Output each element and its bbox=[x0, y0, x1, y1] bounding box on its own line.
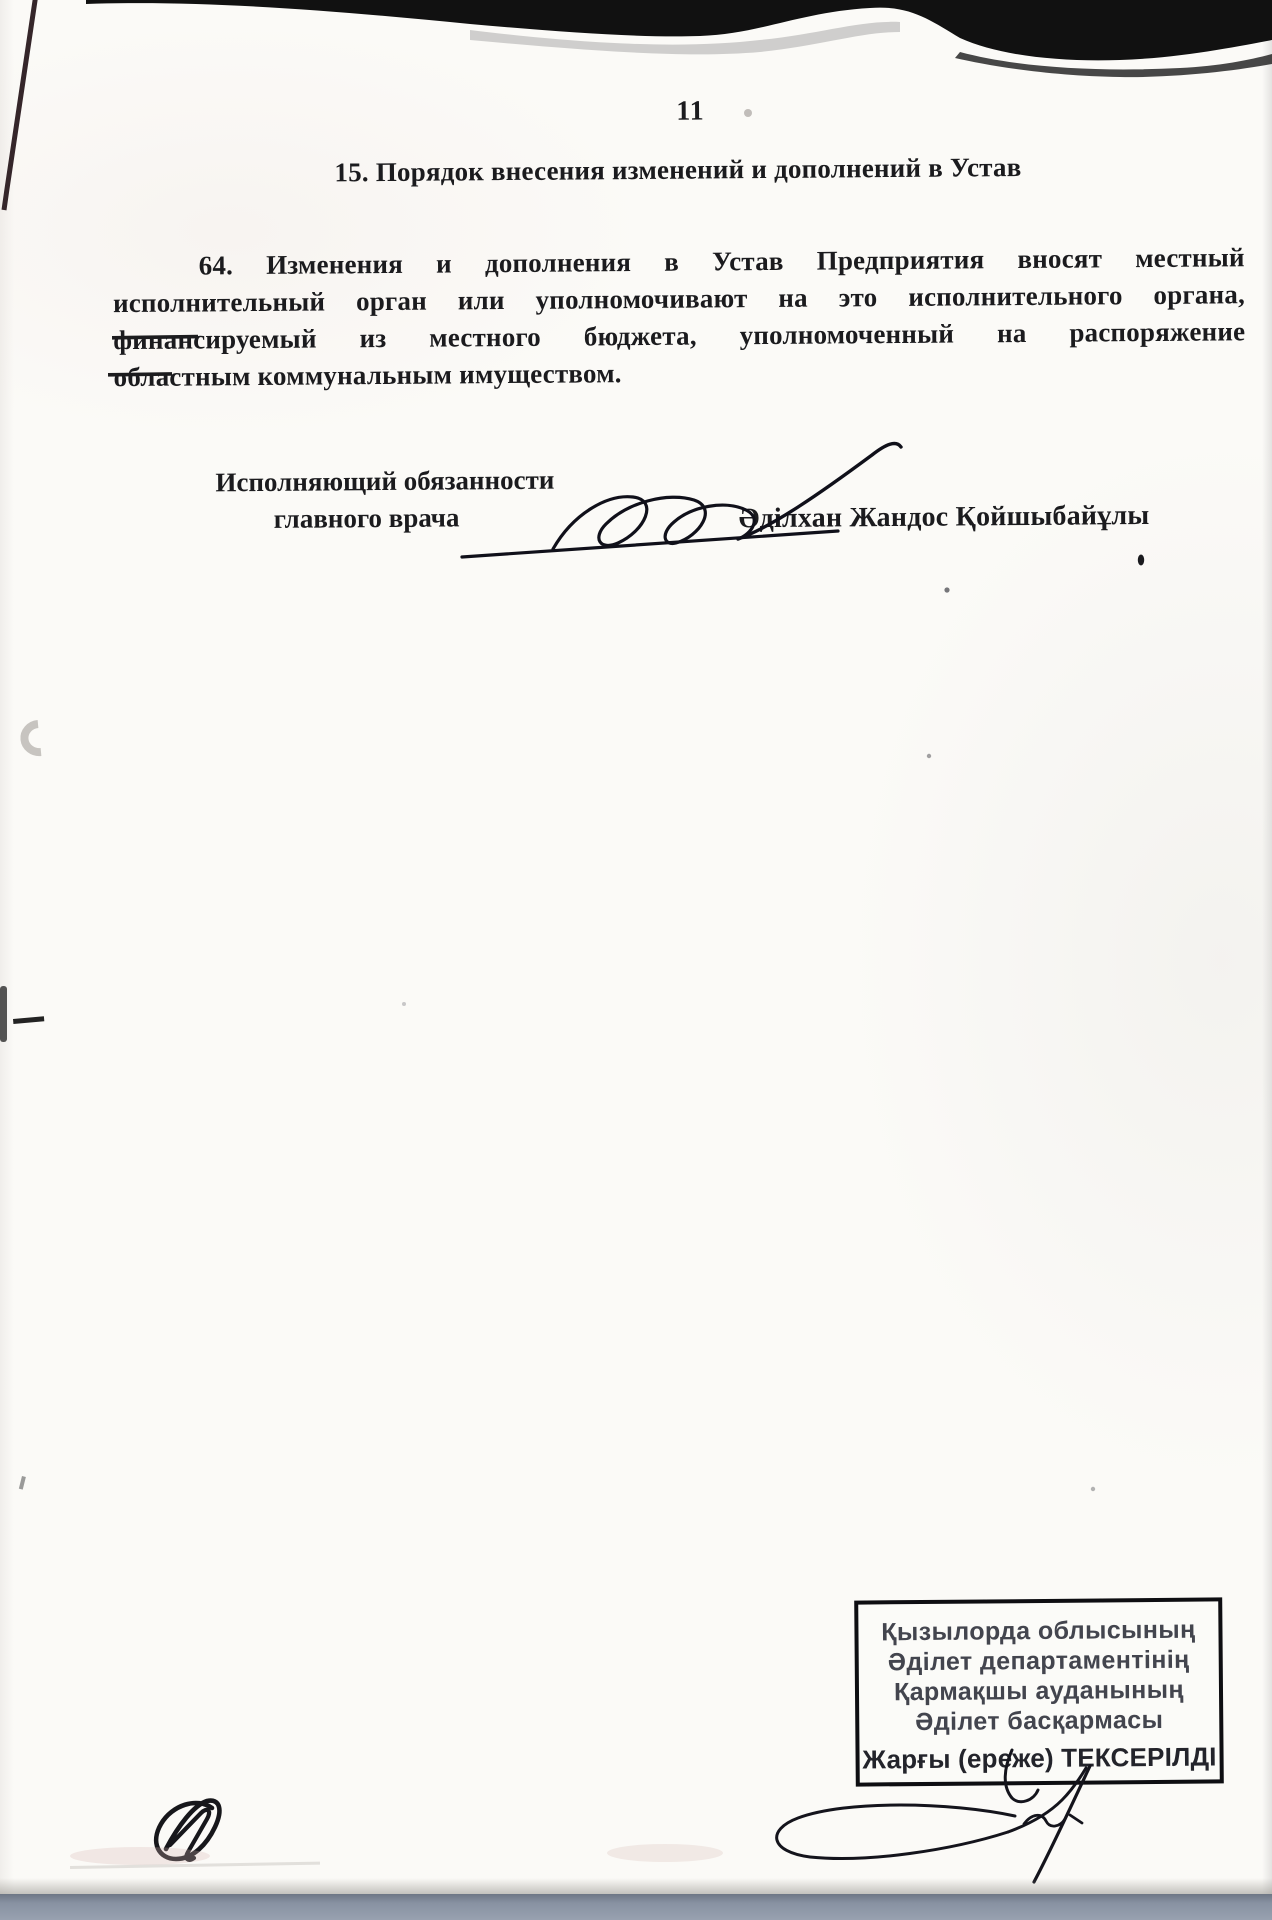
stamp-line: Қызылорда облысының bbox=[858, 1614, 1218, 1647]
stamp-line: Қармақшы ауданының bbox=[859, 1674, 1219, 1707]
stamp-verified-line: Жарғы (ереже) ТЕКСЕРІЛДІ bbox=[859, 1741, 1219, 1775]
signatory-title-line2: главного врача bbox=[274, 502, 460, 534]
registration-stamp-box: Қызылорда облысының Әділет департаментін… bbox=[854, 1597, 1224, 1786]
signatory-name: Әділхан Жандос Қойшыбайұлы bbox=[739, 500, 1150, 535]
stamp-line: Әділет басқармасы bbox=[859, 1704, 1219, 1737]
stamp-line: Әділет департаментінің bbox=[859, 1644, 1219, 1677]
page-bottom-shadow bbox=[0, 1878, 1272, 1894]
scan-background-strip bbox=[0, 1894, 1272, 1920]
signatory-title-line1: Исполняющий обязанности bbox=[215, 465, 554, 499]
page-number: 11 bbox=[650, 95, 730, 128]
paragraph-64: 64. Изменения и дополнения в Устав Предп… bbox=[113, 239, 1246, 396]
